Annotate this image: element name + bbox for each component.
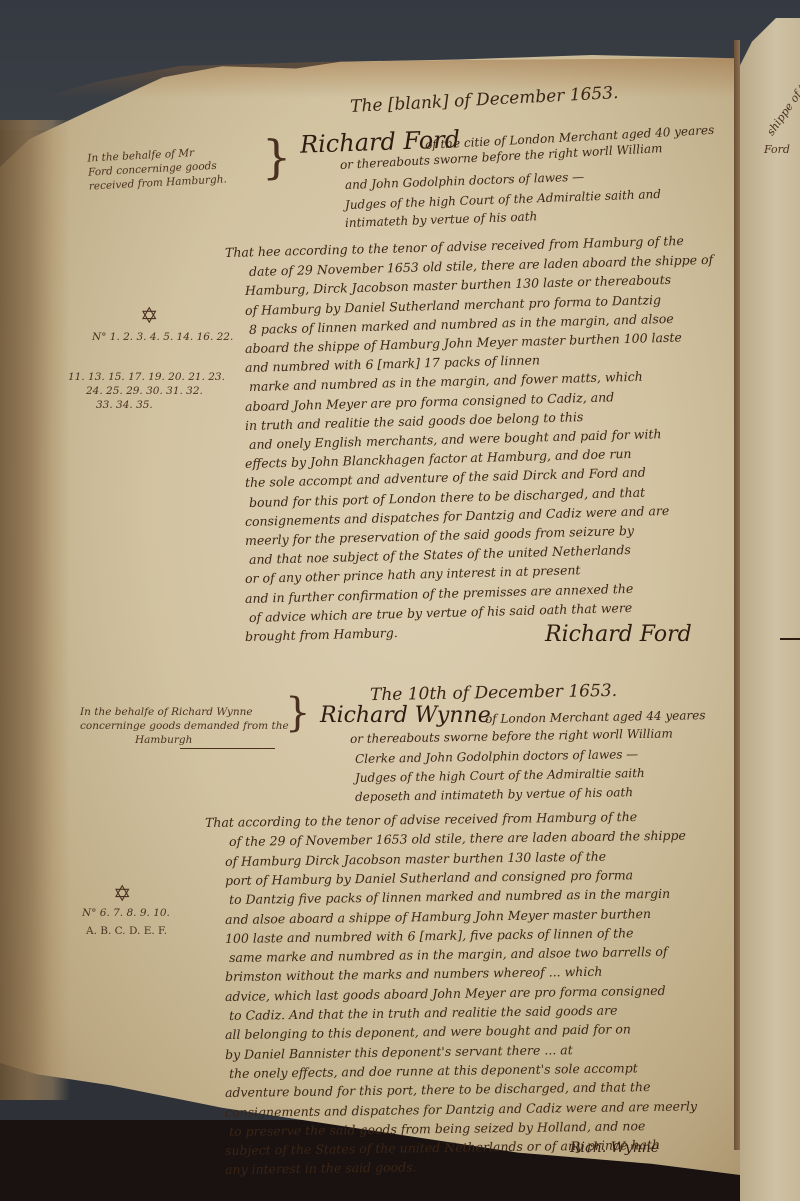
brace-mark: } xyxy=(285,690,310,736)
pack-numbers: N° 6. 7. 8. 9. 10. xyxy=(82,906,170,920)
facing-page-text: Ford xyxy=(764,143,790,156)
ink-mark xyxy=(780,638,800,640)
margin-note-line: In the behalfe of Richard Wynne xyxy=(80,705,289,719)
entry-2-deponent-name: Richard Wynne xyxy=(320,703,491,728)
pack-letters: A. B. C. D. E. F. xyxy=(86,924,167,938)
margin-note-1: In the behalfe of Mr Ford concerninge go… xyxy=(87,144,227,193)
pack-numbers: 11. 13. 15. 17. 19. 20. 21. 23. xyxy=(68,370,225,384)
margin-note-line: Hamburgh xyxy=(80,733,289,747)
entry-2-signature: Rich. Wynne xyxy=(570,1140,659,1156)
margin-note-2: In the behalfe of Richard Wynne concerni… xyxy=(80,705,289,747)
merchant-mark-star-icon: ✡ xyxy=(140,304,158,329)
brace-mark: } xyxy=(262,130,291,184)
entry-1-signature: Richard Ford xyxy=(545,622,692,647)
pack-numbers: N° 1. 2. 3. 4. 5. 14. 16. 22. xyxy=(92,330,233,344)
pack-numbers: 24. 25. 29. 30. 31. 32. xyxy=(86,384,203,398)
underline-rule xyxy=(180,748,275,749)
facing-page-text: shippe of the xyxy=(764,71,800,138)
facing-page: shippe of the Ford xyxy=(740,18,800,1201)
book-gutter xyxy=(734,40,740,1150)
merchant-mark-star-icon: ✡ xyxy=(113,882,131,907)
margin-note-line: concerninge goods demanded from the xyxy=(80,719,289,733)
page-edge-stain xyxy=(0,120,70,1100)
pack-numbers: 33. 34. 35. xyxy=(96,398,153,412)
